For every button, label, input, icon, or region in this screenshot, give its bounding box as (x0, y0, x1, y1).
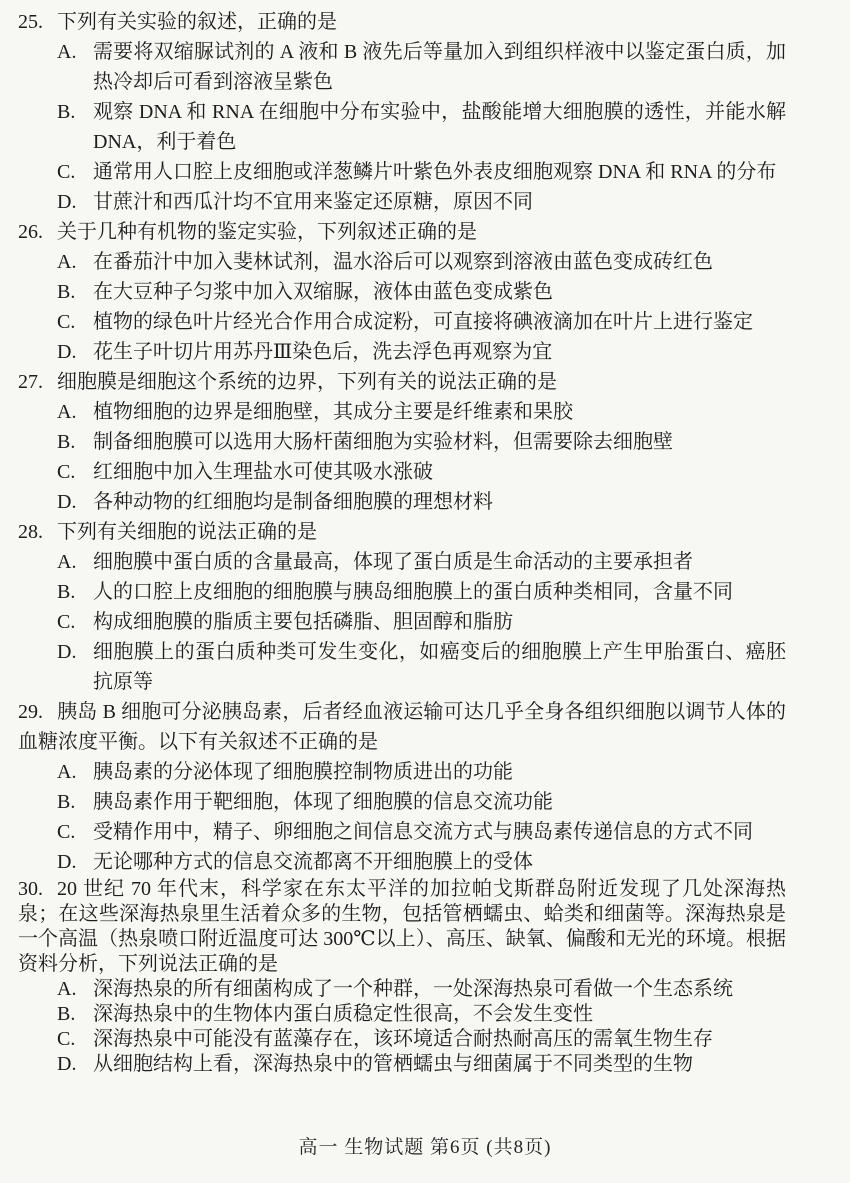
option-label: B. (57, 787, 93, 817)
option-text: 深海热泉的所有细菌构成了一个种群，一处深海热泉可看做一个生态系统 (93, 977, 786, 1002)
option-label: C. (57, 1027, 93, 1052)
option-text: 在大豆种子匀浆中加入双缩脲，液体由蓝色变成紫色 (93, 277, 786, 307)
option-row-b: B.深海热泉中的生物体内蛋白质稳定性很高，不会发生变性 (57, 1002, 786, 1027)
option-label: C. (57, 157, 93, 187)
option-row-d: D.无论哪种方式的信息交流都离不开细胞膜上的受体 (57, 847, 786, 877)
option-label: A. (57, 757, 93, 787)
option-row-d: D.花生子叶切片用苏丹Ⅲ染色后，洗去浮色再观察为宜 (57, 337, 786, 367)
question-29: 29.胰岛 B 细胞可分泌胰岛素，后者经血液运输可达几乎全身各组织细胞以调节人体… (18, 697, 786, 877)
question-stem-text: 关于几种有机物的鉴定实验，下列叙述正确的是 (57, 221, 477, 243)
option-row-a: A.植物细胞的边界是细胞壁，其成分主要是纤维素和果胶 (57, 397, 786, 427)
option-row-b: B.观察 DNA 和 RNA 在细胞中分布实验中，盐酸能增大细胞膜的透性，并能水… (57, 97, 786, 157)
question-30: 30.20 世纪 70 年代末，科学家在东太平洋的加拉帕戈斯群岛附近发现了几处深… (18, 877, 786, 1077)
option-row-a: A.胰岛素的分泌体现了细胞膜控制物质进出的功能 (57, 757, 786, 787)
option-row-b: B.人的口腔上皮细胞的细胞膜与胰岛细胞膜上的蛋白质种类相同，含量不同 (57, 577, 786, 607)
question-28: 28.下列有关细胞的说法正确的是 A.细胞膜中蛋白质的含量最高，体现了蛋白质是生… (18, 517, 786, 697)
option-row-c: C.植物的绿色叶片经光合作用合成淀粉，可直接将碘液滴加在叶片上进行鉴定 (57, 307, 786, 337)
option-text: 植物的绿色叶片经光合作用合成淀粉，可直接将碘液滴加在叶片上进行鉴定 (93, 307, 786, 337)
option-label: C. (57, 607, 93, 637)
option-label: B. (57, 1002, 93, 1027)
option-row-a: A.需要将双缩脲试剂的 A 液和 B 液先后等量加入到组织样液中以鉴定蛋白质，加… (57, 37, 786, 97)
question-stem-text: 胰岛 B 细胞可分泌胰岛素，后者经血液运输可达几乎全身各组织细胞以调节人体的血糖… (18, 701, 786, 753)
option-row-c: C.通常用人口腔上皮细胞或洋葱鳞片叶紫色外表皮细胞观察 DNA 和 RNA 的分… (57, 157, 786, 187)
option-text: 甘蔗汁和西瓜汁均不宜用来鉴定还原糖，原因不同 (93, 187, 786, 217)
option-label: D. (57, 637, 93, 667)
option-row-b: B.制备细胞膜可以选用大肠杆菌细胞为实验材料，但需要除去细胞壁 (57, 427, 786, 457)
option-label: A. (57, 397, 93, 427)
option-label: A. (57, 547, 93, 577)
option-text: 人的口腔上皮细胞的细胞膜与胰岛细胞膜上的蛋白质种类相同，含量不同 (93, 577, 786, 607)
question-number: 25. (18, 11, 43, 33)
option-row-c: C.构成细胞膜的脂质主要包括磷脂、胆固醇和脂肪 (57, 607, 786, 637)
question-26: 26.关于几种有机物的鉴定实验，下列叙述正确的是 A.在番茄汁中加入斐林试剂，温… (18, 217, 786, 367)
question-number: 26. (18, 221, 43, 243)
option-text: 深海热泉中的生物体内蛋白质稳定性很高，不会发生变性 (93, 1002, 786, 1027)
option-text: 构成细胞膜的脂质主要包括磷脂、胆固醇和脂肪 (93, 607, 786, 637)
option-row-c: C.受精作用中，精子、卵细胞之间信息交流方式与胰岛素传递信息的方式不同 (57, 817, 786, 847)
option-row-c: C.深海热泉中可能没有蓝藻存在，该环境适合耐热耐高压的需氧生物生存 (57, 1027, 786, 1052)
option-label: B. (57, 577, 93, 607)
option-label: B. (57, 277, 93, 307)
option-text: 植物细胞的边界是细胞壁，其成分主要是纤维素和果胶 (93, 397, 786, 427)
question-number: 30. (18, 878, 43, 900)
question-number: 27. (18, 371, 43, 393)
question-stem: 26.关于几种有机物的鉴定实验，下列叙述正确的是 (18, 217, 786, 247)
question-stem-text: 下列有关实验的叙述，正确的是 (57, 11, 337, 33)
option-row-d: D.从细胞结构上看，深海热泉中的管栖蠕虫与细菌属于不同类型的生物 (57, 1052, 786, 1077)
option-text: 需要将双缩脲试剂的 A 液和 B 液先后等量加入到组织样液中以鉴定蛋白质，加热冷… (93, 37, 786, 97)
exam-page: 25.下列有关实验的叙述，正确的是 A.需要将双缩脲试剂的 A 液和 B 液先后… (0, 0, 850, 1183)
option-text: 观察 DNA 和 RNA 在细胞中分布实验中，盐酸能增大细胞膜的透性，并能水解 … (93, 97, 786, 157)
option-label: B. (57, 427, 93, 457)
option-label: D. (57, 487, 93, 517)
option-label: C. (57, 457, 93, 487)
question-stem: 25.下列有关实验的叙述，正确的是 (18, 7, 786, 37)
question-stem: 29.胰岛 B 细胞可分泌胰岛素，后者经血液运输可达几乎全身各组织细胞以调节人体… (18, 697, 786, 757)
option-label: B. (57, 97, 93, 127)
question-25: 25.下列有关实验的叙述，正确的是 A.需要将双缩脲试剂的 A 液和 B 液先后… (18, 7, 786, 217)
option-text: 细胞膜中蛋白质的含量最高，体现了蛋白质是生命活动的主要承担者 (93, 547, 786, 577)
option-text: 红细胞中加入生理盐水可使其吸水涨破 (93, 457, 786, 487)
option-text: 胰岛素作用于靶细胞，体现了细胞膜的信息交流功能 (93, 787, 786, 817)
options-list: A.深海热泉的所有细菌构成了一个种群，一处深海热泉可看做一个生态系统 B.深海热… (57, 977, 786, 1077)
question-stem: 27.细胞膜是细胞这个系统的边界，下列有关的说法正确的是 (18, 367, 786, 397)
option-row-b: B.在大豆种子匀浆中加入双缩脲，液体由蓝色变成紫色 (57, 277, 786, 307)
option-text: 通常用人口腔上皮细胞或洋葱鳞片叶紫色外表皮细胞观察 DNA 和 RNA 的分布 (93, 157, 786, 187)
options-list: A.在番茄汁中加入斐林试剂，温水浴后可以观察到溶液由蓝色变成砖红色 B.在大豆种… (57, 247, 786, 367)
option-label: A. (57, 247, 93, 277)
question-27: 27.细胞膜是细胞这个系统的边界，下列有关的说法正确的是 A.植物细胞的边界是细… (18, 367, 786, 517)
option-text: 细胞膜上的蛋白质种类可发生变化，如癌变后的细胞膜上产生甲胎蛋白、癌胚抗原等 (93, 637, 786, 697)
option-row-c: C.红细胞中加入生理盐水可使其吸水涨破 (57, 457, 786, 487)
question-stem-text: 20 世纪 70 年代末，科学家在东太平洋的加拉帕戈斯群岛附近发现了几处深海热泉… (18, 878, 786, 975)
option-row-a: A.深海热泉的所有细菌构成了一个种群，一处深海热泉可看做一个生态系统 (57, 977, 786, 1002)
option-text: 胰岛素的分泌体现了细胞膜控制物质进出的功能 (93, 757, 786, 787)
option-text: 深海热泉中可能没有蓝藻存在，该环境适合耐热耐高压的需氧生物生存 (93, 1027, 786, 1052)
option-label: D. (57, 187, 93, 217)
option-label: C. (57, 817, 93, 847)
option-text: 制备细胞膜可以选用大肠杆菌细胞为实验材料，但需要除去细胞壁 (93, 427, 786, 457)
option-label: D. (57, 847, 93, 877)
option-text: 受精作用中，精子、卵细胞之间信息交流方式与胰岛素传递信息的方式不同 (93, 817, 786, 847)
option-row-d: D.甘蔗汁和西瓜汁均不宜用来鉴定还原糖，原因不同 (57, 187, 786, 217)
option-row-b: B.胰岛素作用于靶细胞，体现了细胞膜的信息交流功能 (57, 787, 786, 817)
options-list: A.植物细胞的边界是细胞壁，其成分主要是纤维素和果胶 B.制备细胞膜可以选用大肠… (57, 397, 786, 517)
question-stem: 30.20 世纪 70 年代末，科学家在东太平洋的加拉帕戈斯群岛附近发现了几处深… (18, 877, 786, 977)
page-footer: 高一 生物试题 第6页 (共8页) (0, 1133, 850, 1163)
option-label: D. (57, 337, 93, 367)
option-row-d: D.各种动物的红细胞均是制备细胞膜的理想材料 (57, 487, 786, 517)
question-number: 29. (18, 701, 43, 723)
question-stem-text: 细胞膜是细胞这个系统的边界，下列有关的说法正确的是 (57, 371, 557, 393)
options-list: A.胰岛素的分泌体现了细胞膜控制物质进出的功能 B.胰岛素作用于靶细胞，体现了细… (57, 757, 786, 877)
option-text: 无论哪种方式的信息交流都离不开细胞膜上的受体 (93, 847, 786, 877)
options-list: A.细胞膜中蛋白质的含量最高，体现了蛋白质是生命活动的主要承担者 B.人的口腔上… (57, 547, 786, 697)
option-text: 在番茄汁中加入斐林试剂，温水浴后可以观察到溶液由蓝色变成砖红色 (93, 247, 786, 277)
option-label: D. (57, 1052, 93, 1077)
option-label: A. (57, 977, 93, 1002)
option-label: C. (57, 307, 93, 337)
option-row-a: A.在番茄汁中加入斐林试剂，温水浴后可以观察到溶液由蓝色变成砖红色 (57, 247, 786, 277)
options-list: A.需要将双缩脲试剂的 A 液和 B 液先后等量加入到组织样液中以鉴定蛋白质，加… (57, 37, 786, 217)
option-row-a: A.细胞膜中蛋白质的含量最高，体现了蛋白质是生命活动的主要承担者 (57, 547, 786, 577)
option-text: 各种动物的红细胞均是制备细胞膜的理想材料 (93, 487, 786, 517)
option-label: A. (57, 37, 93, 67)
option-row-d: D.细胞膜上的蛋白质种类可发生变化，如癌变后的细胞膜上产生甲胎蛋白、癌胚抗原等 (57, 637, 786, 697)
question-stem-text: 下列有关细胞的说法正确的是 (57, 521, 317, 543)
option-text: 花生子叶切片用苏丹Ⅲ染色后，洗去浮色再观察为宜 (93, 337, 786, 367)
question-stem: 28.下列有关细胞的说法正确的是 (18, 517, 786, 547)
option-text: 从细胞结构上看，深海热泉中的管栖蠕虫与细菌属于不同类型的生物 (93, 1052, 786, 1077)
question-number: 28. (18, 521, 43, 543)
